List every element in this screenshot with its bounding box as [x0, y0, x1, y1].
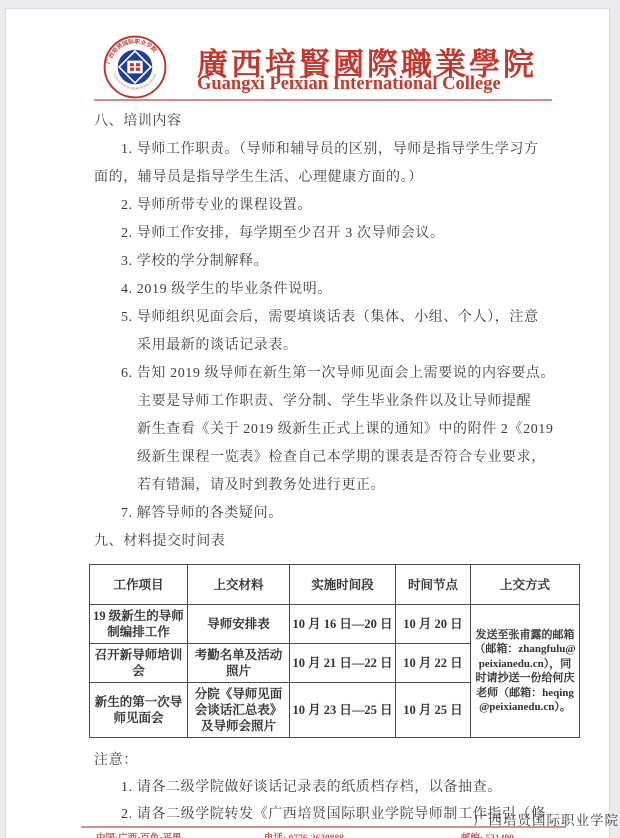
- table-cell: 召开新导师培训会: [90, 644, 188, 683]
- college-watermark: 广西培贤国际职业学院: [474, 809, 619, 829]
- body-line: 5. 导师组织见面会后，需要填谈话表（集体、小组、个人），注意: [94, 304, 559, 332]
- body-line: 2. 导师工作安排，每学期至少召开 3 次导师会议。: [94, 220, 559, 248]
- body-line: 4. 2019 级学生的毕业条件说明。: [94, 276, 559, 304]
- col-header: 上交材料: [188, 565, 290, 605]
- body-line: 主要是导师工作职责、学分制、学生毕业条件以及让导师提醒: [94, 388, 559, 416]
- section-heading: 八、培训内容: [94, 108, 559, 136]
- submit-method-cell: 发送至张甫露的邮箱（邮箱：zhangfulu@peixianedu.cn），同时…: [471, 605, 580, 738]
- notes-label: 注意：: [94, 747, 564, 774]
- table-cell: 分院《导师见面会谈话汇总表》及导师会照片: [188, 683, 290, 738]
- document-viewer: 广西培贤国际职业学院 GUANGXI PEIXIAN INTERNATIONAL…: [0, 0, 620, 838]
- col-header: 时间节点: [396, 565, 471, 605]
- table-cell: 10 月 21 日—22 日: [290, 644, 396, 683]
- body-line: 面的，辅导员是指导学生生活、心理健康方面的。）: [94, 164, 559, 192]
- footer-postcode: 邮编: 531499: [461, 830, 514, 838]
- body-line: 级新生课程一览表》检查自己本学期的课表是否符合专业要求，: [94, 444, 559, 472]
- col-header: 工作项目: [90, 565, 188, 605]
- body-line: 3. 学校的学分制解释。: [94, 248, 559, 276]
- table-cell: 新生的第一次导师见面会: [90, 683, 188, 738]
- submission-schedule-table: 工作项目 上交材料 实施时间段 时间节点 上交方式 19 级新生的导师制编排工作…: [89, 564, 579, 738]
- body-line: 7. 解答导师的各类疑问。: [94, 500, 559, 528]
- college-logo: 广西培贤国际职业学院 GUANGXI PEIXIAN INTERNATIONAL…: [103, 35, 167, 99]
- table-cell: 10 月 25 日: [396, 683, 471, 738]
- college-name-en: Guangxi Peixian International College: [197, 74, 557, 95]
- table-cell: 10 月 16 日—20 日: [290, 605, 396, 644]
- body-line: 若有错漏，请及时到教务处进行更正。: [94, 472, 559, 500]
- body-line: 2. 导师所带专业的课程设置。: [94, 192, 559, 220]
- table-cell: 19 级新生的导师制编排工作: [90, 605, 188, 644]
- college-emblem-icon: 广西培贤国际职业学院 GUANGXI PEIXIAN INTERNATIONAL…: [103, 35, 167, 99]
- table-cell: 10 月 22 日: [396, 644, 471, 683]
- body-line: 1. 导师工作职责。（导师和辅导员的区别，导师是指导学生学习方: [94, 136, 559, 164]
- document-body: 八、培训内容 1. 导师工作职责。（导师和辅导员的区别，导师是指导学生学习方 面…: [94, 108, 559, 556]
- header-divider: [94, 99, 552, 101]
- table-cell: 考勤名单及活动照片: [188, 644, 290, 683]
- table-cell: 10 月 23 日—25 日: [290, 683, 396, 738]
- body-line: 新生查看《关于 2019 级新生正式上课的通知》中的附件 2《2019: [94, 416, 559, 444]
- table-cell: 10 月 20 日: [396, 605, 471, 644]
- body-line: 6. 告知 2019 级导师在新生第一次导师见面会上需要说的内容要点。: [94, 360, 559, 388]
- col-header: 上交方式: [471, 565, 580, 605]
- body-line: 采用最新的谈话记录表。: [94, 332, 559, 360]
- col-header: 实施时间段: [290, 565, 396, 605]
- section-heading: 九、材料提交时间表: [94, 528, 559, 556]
- footer-address: 中国·广西·百色·平果: [96, 830, 182, 838]
- footer: 中国·广西·百色·平果 电话: 0776-2630888 邮编: 531499: [6, 830, 620, 838]
- note-item: 1. 请各二级学院做好谈话记录表的纸质档存档，以备抽查。: [94, 774, 564, 801]
- table-header-row: 工作项目 上交材料 实施时间段 时间节点 上交方式: [90, 565, 580, 605]
- document-page: 广西培贤国际职业学院 GUANGXI PEIXIAN INTERNATIONAL…: [5, 8, 610, 838]
- table-row: 19 级新生的导师制编排工作 导师安排表 10 月 16 日—20 日 10 月…: [90, 605, 580, 644]
- table-cell: 导师安排表: [188, 605, 290, 644]
- footer-phone: 电话: 0776-2630888: [264, 830, 344, 838]
